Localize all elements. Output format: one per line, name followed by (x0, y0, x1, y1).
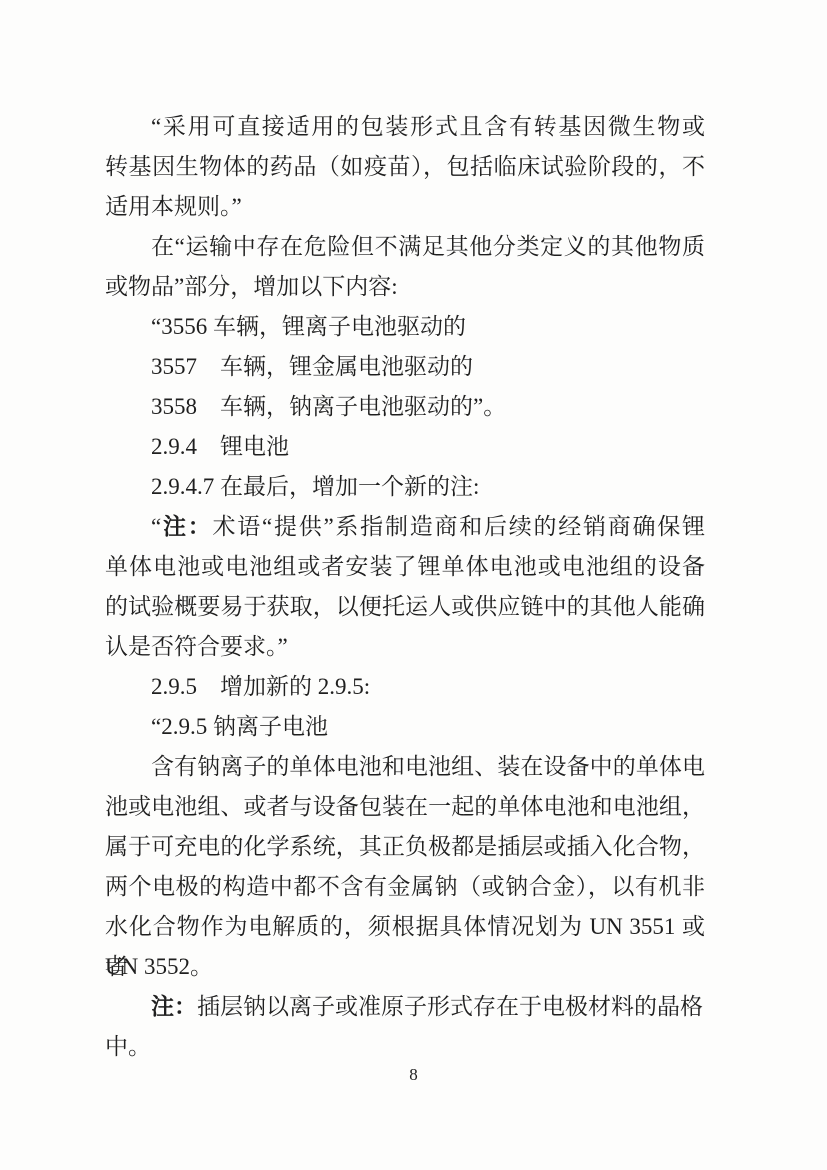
line-lithium-note-3: 的试验概要易于获取，以便托运人或供应链中的其他人能确 (105, 587, 705, 627)
line-section-2-9-4-heading: 2.9.4 锂电池 (105, 427, 705, 467)
line-lithium-note-4: 认是否符合要求。” (105, 627, 705, 667)
line-sodium-para-2: 池或电池组、或者与设备包装在一起的单体电池和电池组， (105, 787, 705, 827)
note-label: 注： (161, 514, 212, 539)
line-section-2-9-5-title: “2.9.5 钠离子电池 (105, 707, 705, 747)
open-quote: “ (151, 514, 161, 539)
line-sodium-para-3: 属于可充电的化学系统，其正负极都是插层或插入化合物， (105, 827, 705, 867)
line-gm-pharma-3: 适用本规则。” (105, 187, 705, 227)
line-sodium-note-2: 中。 (105, 1027, 705, 1067)
line-lithium-note-1: “注：术语“提供”系指制造商和后续的经销商确保锂 (105, 507, 705, 547)
line-sodium-para-5: 水化合物作为电解质的，须根据具体情况划为 UN 3551 或者 (105, 907, 705, 947)
document-page: “采用可直接适用的包装形式且含有转基因微生物或 转基因生物体的药品（如疫苗），包… (0, 0, 827, 1170)
line-un3558: 3558 车辆，钠离子电池驱动的”。 (105, 387, 705, 427)
line-section-2-9-4-7: 2.9.4.7 在最后，增加一个新的注: (105, 467, 705, 507)
line-gm-pharma-2: 转基因生物体的药品（如疫苗），包括临床试验阶段的，不 (105, 147, 705, 187)
note-label: 注： (151, 994, 197, 1019)
line-lithium-note-2: 单体电池或电池组或者安装了锂单体电池或电池组的设备 (105, 547, 705, 587)
line-section-2-9-5: 2.9.5 增加新的 2.9.5: (105, 667, 705, 707)
line-un3556: “3556 车辆，锂离子电池驱动的 (105, 307, 705, 347)
line-sodium-para-1: 含有钠离子的单体电池和电池组、装在设备中的单体电 (105, 747, 705, 787)
document-body: “采用可直接适用的包装形式且含有转基因微生物或 转基因生物体的药品（如疫苗），包… (105, 107, 705, 1067)
note-text: 术语“提供”系指制造商和后续的经销商确保锂 (212, 514, 705, 539)
line-un3557: 3557 车辆，锂金属电池驱动的 (105, 347, 705, 387)
line-sodium-para-4: 两个电极的构造中都不含有金属钠（或钠合金），以有机非 (105, 867, 705, 907)
note-text: 插层钠以离子或准原子形式存在于电极材料的晶格 (197, 994, 703, 1019)
line-other-substances-1: 在“运输中存在危险但不满足其他分类定义的其他物质 (105, 227, 705, 267)
page-number: 8 (0, 1062, 827, 1088)
line-sodium-para-6: UN 3552。 (105, 947, 705, 987)
line-other-substances-2: 或物品”部分，增加以下内容: (105, 267, 705, 307)
line-sodium-note-1: 注：插层钠以离子或准原子形式存在于电极材料的晶格 (105, 987, 705, 1027)
line-gm-pharma-1: “采用可直接适用的包装形式且含有转基因微生物或 (105, 107, 705, 147)
